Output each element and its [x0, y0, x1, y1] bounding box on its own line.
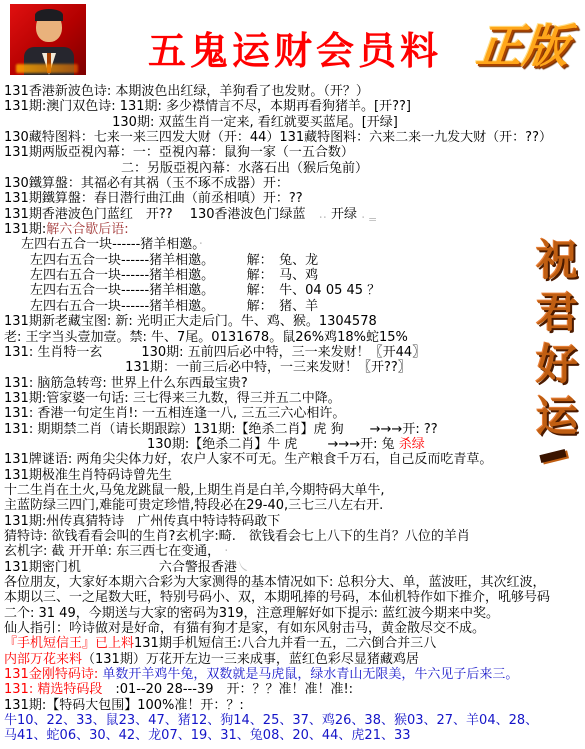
content-line: 131: 期期禁二肖（请长期跟踪）131期:【绝杀二肖】虎 狗 →→→开: ?? — [4, 422, 552, 437]
content-line: 二：另版亞視內幕：水落石出（猴后兔前） — [4, 161, 552, 176]
content-line: 牛10、22、33、鼠23、47、猪12、狗14、25、37、鸡26、38、猴0… — [4, 713, 552, 728]
content-line: 内部万花来料（131期）万花开左边一三来成事，蓝红色彩尽显猪藏鸡居 — [4, 652, 552, 667]
content-line: 十二生肖在土火,马兔龙跳鼠一般,上期生肖是白羊,今期特码大单牛, — [4, 483, 552, 498]
content-line: 130鐵算盤：其福必有其祸（玉不琢不成器）开： — [4, 176, 552, 191]
content-line: 猜特诗: 欲钱看看会叫的生肖?玄机字:畸. 欲钱看会七上八下的生肖？八位的羊肖 — [4, 529, 552, 544]
content-line: 131期:解六合歇后语: — [4, 222, 552, 237]
content-line: 131: 生肖特一玄 130期: 五前四后必中特，三一来发财！〖开44〗 — [4, 345, 552, 360]
content-line: 131: 脑筋急转弯: 世界上什么东西最宝贵? — [4, 376, 552, 391]
vertical-greeting-banner: 祝君好运 — [533, 238, 575, 446]
content-line: 131: 精选特码段 :01--20 28---39 开：？？准！准！准!: — [4, 682, 552, 697]
content-line: 主蓝防绿三四门,难能可贵定珍惜,特段必在29-40,三七三八左右开. — [4, 498, 552, 513]
portrait-photo — [10, 4, 86, 75]
page-title: 五鬼运财会员料 — [100, 20, 490, 75]
content-line: 131期:管家婆一句话: 三七得来三九数，得三并五二中降。 — [4, 391, 552, 406]
content-line: 131香港新波色诗: 本期波色出红绿，羊狗看了也发财。（开？） — [4, 84, 552, 99]
content-line: 131牌谜语: 两角尖尖体力好，农户人家不可无。生产粮食千万石，自己反而吃青草。 — [4, 452, 552, 467]
content-line: 『手机短信王』已上料131期手机短信王:八合九并看一五，二六倒合并三八 — [4, 636, 552, 651]
content-line: 131期:【特码大包围】100%准！开：？: — [4, 698, 552, 713]
portrait-hair — [35, 9, 63, 21]
content-line: 131期新老藏宝图: 新: 光明正大走后门。牛、鸡、猴。1304578 — [4, 314, 552, 329]
content-line: 131期鐵算盤：春日潜行曲江曲（前丞相嗔）开：?? — [4, 191, 552, 206]
content-line: 仙人指引：吟诗做对是好命，有猫有狗才是家，有如东风射击马，黄金散尽交不成。 — [4, 621, 552, 636]
content-line: 131期：一前三后必中特，一三来发财！〖开??〗 — [4, 360, 552, 375]
authentic-badge: 正版 — [474, 10, 573, 76]
content-line: 131: 香港一句定生肖!: 一五相连逢一八, 三五三六心相许。 — [4, 406, 552, 421]
content-line: 本期以三、一之尾数大旺，特别号码小、双，本期吼捧的号码，本仙机特作如下推介，吼够… — [4, 590, 552, 605]
content-line: 130期: 双蓝生肖一定来, 看红就要买蓝尾。[开绿] — [4, 115, 552, 130]
content-line: 左四右五合一块------猪羊相邀。 解： 牛、04 05 45 ？ — [4, 283, 552, 298]
content-line: 左四右五合一块------猪羊相邀。 解： 猪、羊 — [4, 299, 552, 314]
content-line: 131期两版亞視內幕：一：亞視內幕：鼠狗一家（一五合数） — [4, 145, 552, 160]
content-line: 各位朋友，大家好本期六合彩为大家测得的基本情况如下: 总积分大、单，蓝波旺，其次… — [4, 575, 552, 590]
content-line: 131期:澳门双色诗: 131期: 多少襟情言不尽，本期再看狗猪羊。[开??] — [4, 99, 552, 114]
portrait-caption-blur — [16, 64, 78, 73]
content-line: 131期密门机 六合警报香港㇏ — [4, 560, 552, 575]
content-line: 131金刚特码诗: 单数开羊鸡牛兔，双数就是马虎鼠，绿水青山无限美，牛六见子后来… — [4, 667, 552, 682]
content-lines: 131香港新波色诗: 本期波色出红绿，羊狗看了也发财。（开？）131期:澳门双色… — [4, 84, 552, 744]
content-line: 130期:【绝杀二肖】牛 虎 →→→开: 兔 杀绿 — [4, 437, 552, 452]
content-line: 左四右五合一块------猪羊相邀。 解： 兔、龙 — [4, 253, 552, 268]
content-line: 130藏特图料：七来一来三四发大财（开：44）131藏特图料：六来二来一九发大财… — [4, 130, 552, 145]
content-line: 左四右五合一块------猪羊相邀。· — [4, 237, 552, 252]
content-line: 二个: 31 49，今期送与大家的密码为319，注意理解好如下提示: 蓝红波今期… — [4, 606, 552, 621]
content-line: 玄机字: 截 开开单: 东三西七在变通， · — [4, 544, 552, 559]
content-line: 老: 王字当头壹加壹。禁: 牛、7尾。0131678。鼠26%鸡18%蛇15% — [4, 330, 552, 345]
content-line: 131期极准生肖特码诗曾先生 — [4, 468, 552, 483]
content-line: 马41、蛇06、30、42、龙07、19、31、兔08、20、44、虎21、33 — [4, 728, 552, 743]
content-line: 131期:州传真猜特诗 广州传真中特诗特码敢下 — [4, 514, 552, 529]
content-line: 左四右五合一块------猪羊相邀。 解： 马、鸡 — [4, 268, 552, 283]
content-line: 131期香港波色门蓝红 开?? 130香港波色门绿蓝 .. 开绿 . ‗ — [4, 207, 552, 222]
